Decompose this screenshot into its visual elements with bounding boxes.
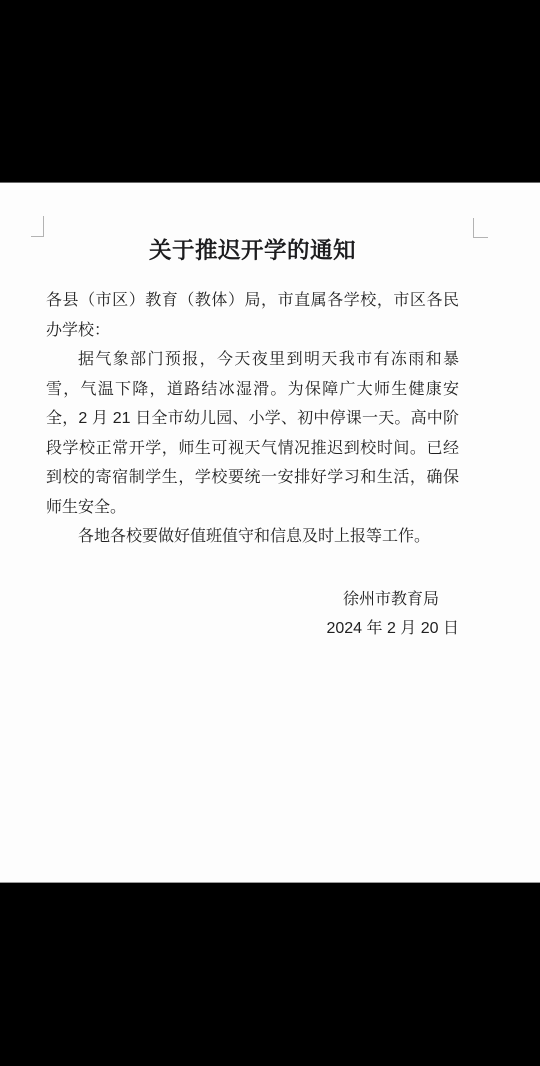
notice-page: 关于推迟开学的通知 各县（市区）教育（教体）局，市直属各学校，市区各民办学校： … [0, 183, 540, 882]
issuer-signature: 徐州市教育局 [46, 585, 459, 615]
margin-corner-right-icon [473, 218, 488, 238]
letterbox-bottom [0, 882, 540, 1066]
phone-screenshot: 关于推迟开学的通知 各县（市区）教育（教体）局，市直属各学校，市区各民办学校： … [0, 0, 540, 1066]
margin-corner-left-icon [31, 216, 44, 237]
letterbox-top [0, 0, 540, 183]
closing-paragraph: 各地各校要做好值班值守和信息及时上报等工作。 [46, 522, 459, 552]
signature-block: 徐州市教育局 2024 年 2 月 20 日 [46, 585, 459, 644]
issue-date: 2024 年 2 月 20 日 [46, 614, 459, 644]
main-paragraph: 据气象部门预报，今天夜里到明天我市有冻雨和暴雪，气温下降，道路结冰湿滑。为保障广… [46, 345, 459, 522]
notice-title: 关于推迟开学的通知 [46, 240, 459, 262]
notice-body: 各县（市区）教育（教体）局，市直属各学校，市区各民办学校： 据气象部门预报，今天… [46, 286, 459, 552]
salutation-paragraph: 各县（市区）教育（教体）局，市直属各学校，市区各民办学校： [46, 286, 459, 345]
